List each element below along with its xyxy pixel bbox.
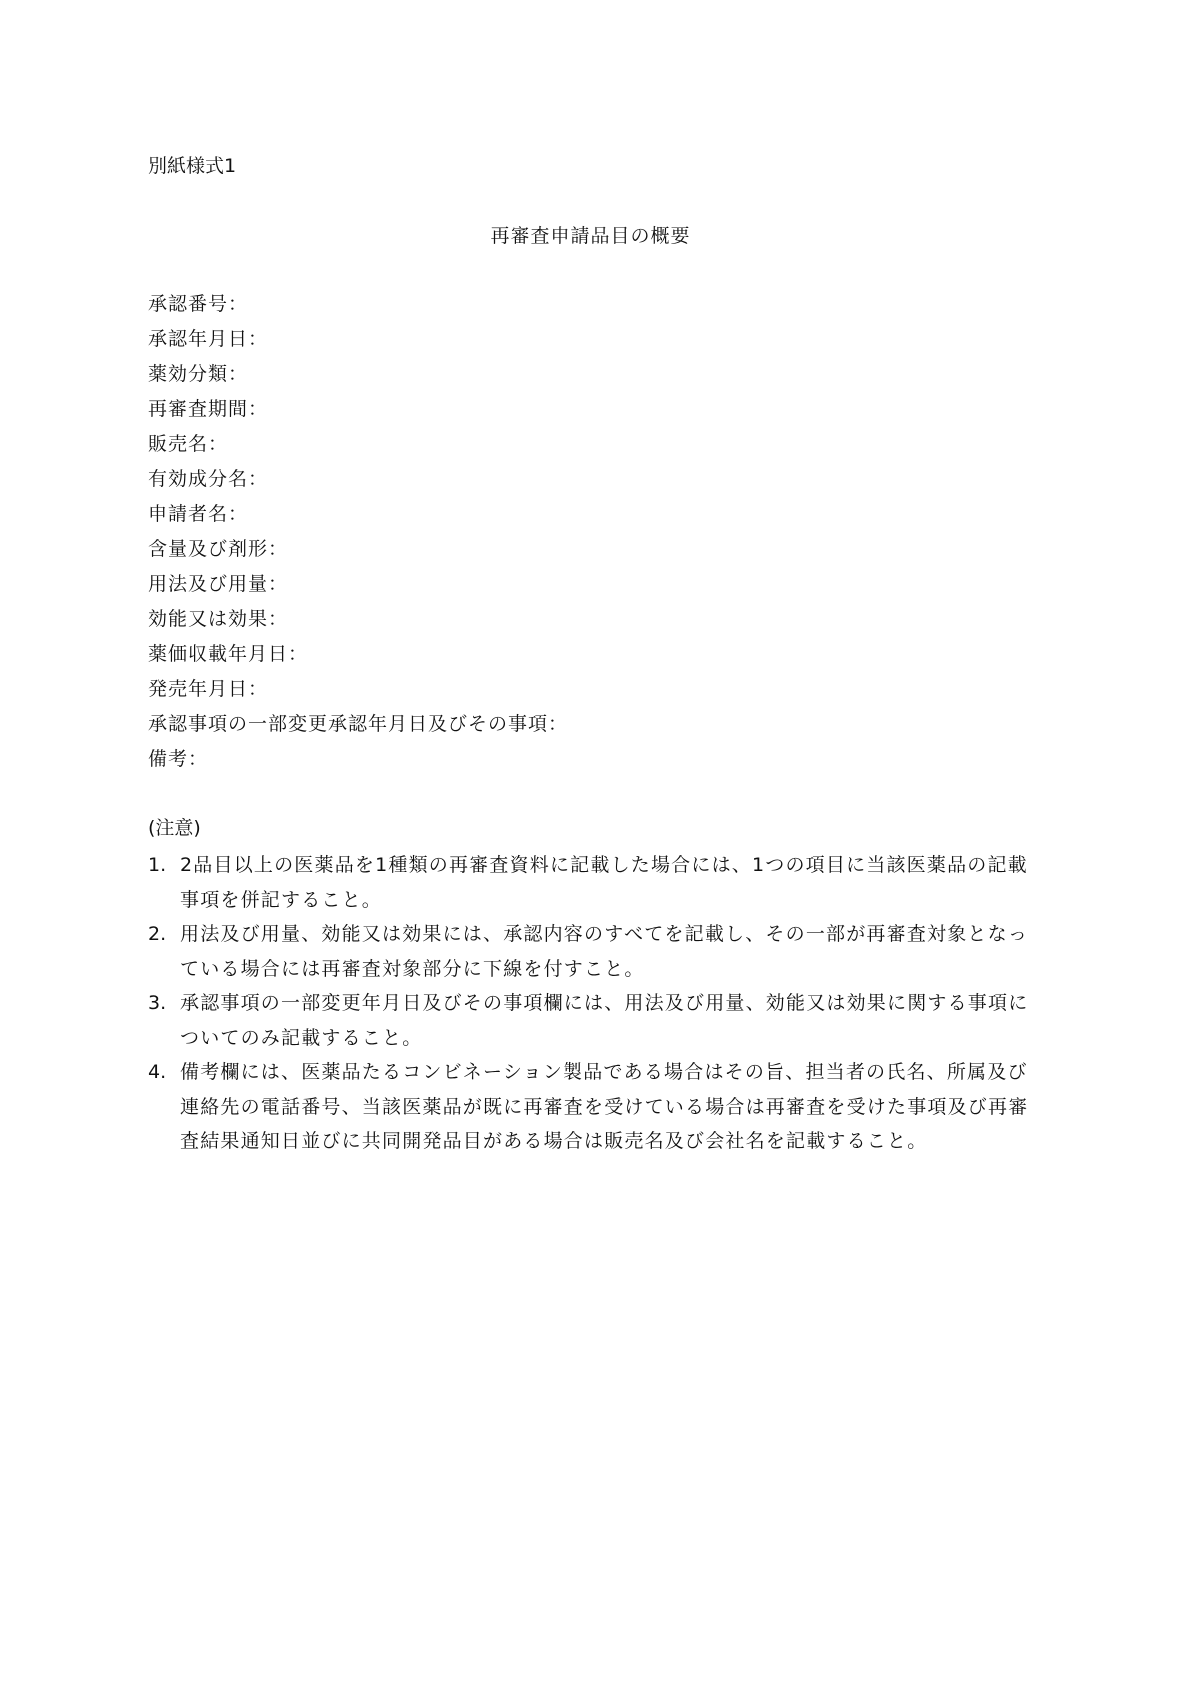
field-remarks: 備考： bbox=[148, 746, 568, 781]
note-text: 備考欄には、医薬品たるコンビネーション製品である場合はその旨、担当者の氏名、所属… bbox=[180, 1055, 1038, 1159]
field-partial-change-approval: 承認事項の一部変更承認年月日及びその事項： bbox=[148, 711, 568, 746]
field-dosage-administration: 用法及び用量： bbox=[148, 571, 568, 606]
field-strength-dosage-form: 含量及び剤形： bbox=[148, 536, 568, 571]
field-approval-date: 承認年月日： bbox=[148, 326, 568, 361]
note-item: 2. 用法及び用量、効能又は効果には、承認内容のすべてを記載し、その一部が再審査… bbox=[148, 917, 1038, 986]
document-title: 再審査申請品目の概要 bbox=[0, 223, 1181, 249]
note-number: 3. bbox=[148, 986, 180, 1055]
field-therapeutic-category: 薬効分類： bbox=[148, 361, 568, 396]
field-brand-name: 販売名： bbox=[148, 431, 568, 466]
field-indications: 効能又は効果： bbox=[148, 606, 568, 641]
field-active-ingredient: 有効成分名： bbox=[148, 466, 568, 501]
notes-heading: (注意) bbox=[148, 815, 1038, 848]
field-price-listing-date: 薬価収載年月日： bbox=[148, 641, 568, 676]
note-number: 2. bbox=[148, 917, 180, 986]
field-approval-number: 承認番号： bbox=[148, 291, 568, 326]
note-text: 用法及び用量、効能又は効果には、承認内容のすべてを記載し、その一部が再審査対象と… bbox=[180, 917, 1038, 986]
field-reexamination-period: 再審査期間： bbox=[148, 396, 568, 431]
note-number: 4. bbox=[148, 1055, 180, 1159]
note-item: 1. 2品目以上の医薬品を1種類の再審査資料に記載した場合には、1つの項目に当該… bbox=[148, 848, 1038, 917]
form-number: 別紙様式1 bbox=[148, 153, 236, 179]
note-text: 2品目以上の医薬品を1種類の再審査資料に記載した場合には、1つの項目に当該医薬品… bbox=[180, 848, 1038, 917]
note-item: 3. 承認事項の一部変更年月日及びその事項欄には、用法及び用量、効能又は効果に関… bbox=[148, 986, 1038, 1055]
field-applicant-name: 申請者名： bbox=[148, 501, 568, 536]
field-list: 承認番号： 承認年月日： 薬効分類： 再審査期間： 販売名： 有効成分名： 申請… bbox=[148, 291, 568, 781]
note-number: 1. bbox=[148, 848, 180, 917]
field-launch-date: 発売年月日： bbox=[148, 676, 568, 711]
document-page: 別紙様式1 再審査申請品目の概要 承認番号： 承認年月日： 薬効分類： 再審査期… bbox=[0, 0, 1181, 1695]
note-item: 4. 備考欄には、医薬品たるコンビネーション製品である場合はその旨、担当者の氏名… bbox=[148, 1055, 1038, 1159]
note-text: 承認事項の一部変更年月日及びその事項欄には、用法及び用量、効能又は効果に関する事… bbox=[180, 986, 1038, 1055]
notes-section: (注意) 1. 2品目以上の医薬品を1種類の再審査資料に記載した場合には、1つの… bbox=[148, 815, 1038, 1159]
